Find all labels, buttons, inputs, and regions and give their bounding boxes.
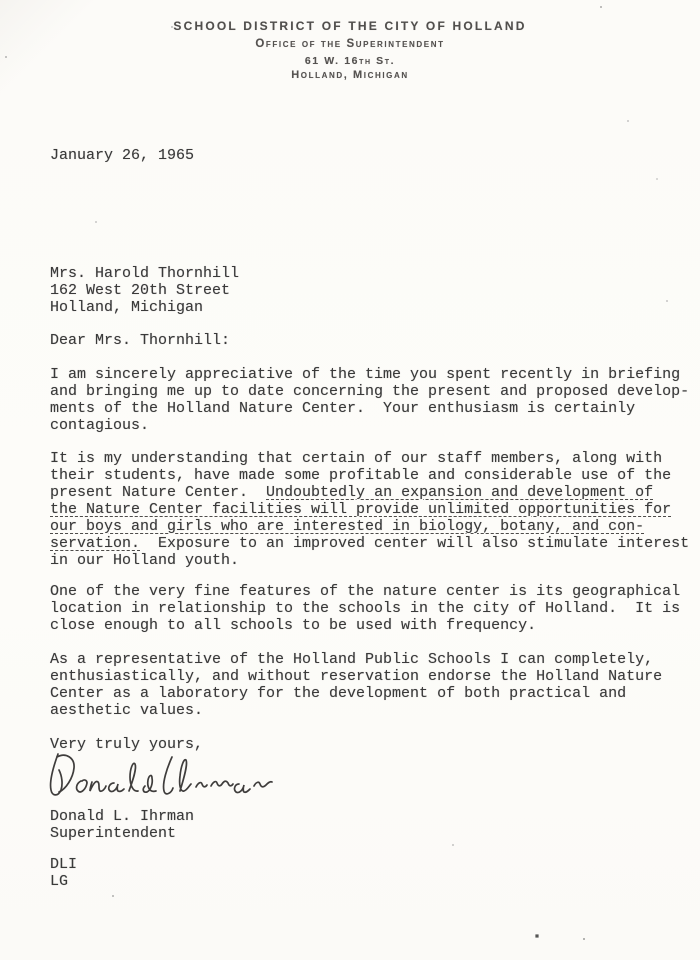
letterhead-street-address: 61 W. 16th St.: [0, 55, 700, 67]
paragraph-2-after-underline: Exposure to an improved center will also…: [50, 535, 689, 569]
date-line: January 26, 1965: [50, 147, 194, 164]
letterhead-organization: SCHOOL DISTRICT OF THE CITY OF HOLLAND: [0, 19, 700, 33]
recipient-address: Mrs. Harold Thornhill 162 West 20th Stre…: [50, 265, 239, 316]
letterhead-city: Holland, Michigan: [0, 69, 700, 81]
reference-initials: DLI LG: [50, 856, 77, 890]
body-paragraph-2: It is my understanding that certain of o…: [50, 450, 700, 569]
body-paragraph-1: I am sincerely appreciative of the time …: [50, 366, 689, 434]
salutation: Dear Mrs. Thornhill:: [50, 332, 230, 349]
scan-speckles: [0, 0, 2, 2]
body-paragraph-4: As a representative of the Holland Publi…: [50, 651, 662, 719]
handwritten-signature: [44, 750, 276, 808]
signature-icon: [44, 750, 276, 808]
scanned-letter-page: SCHOOL DISTRICT OF THE CITY OF HOLLAND O…: [0, 0, 700, 960]
body-paragraph-3: One of the very fine features of the nat…: [50, 583, 680, 634]
letterhead-office: Office of the Superintendent: [0, 38, 700, 50]
signer-name-title: Donald L. Ihrman Superintendent: [50, 808, 194, 842]
